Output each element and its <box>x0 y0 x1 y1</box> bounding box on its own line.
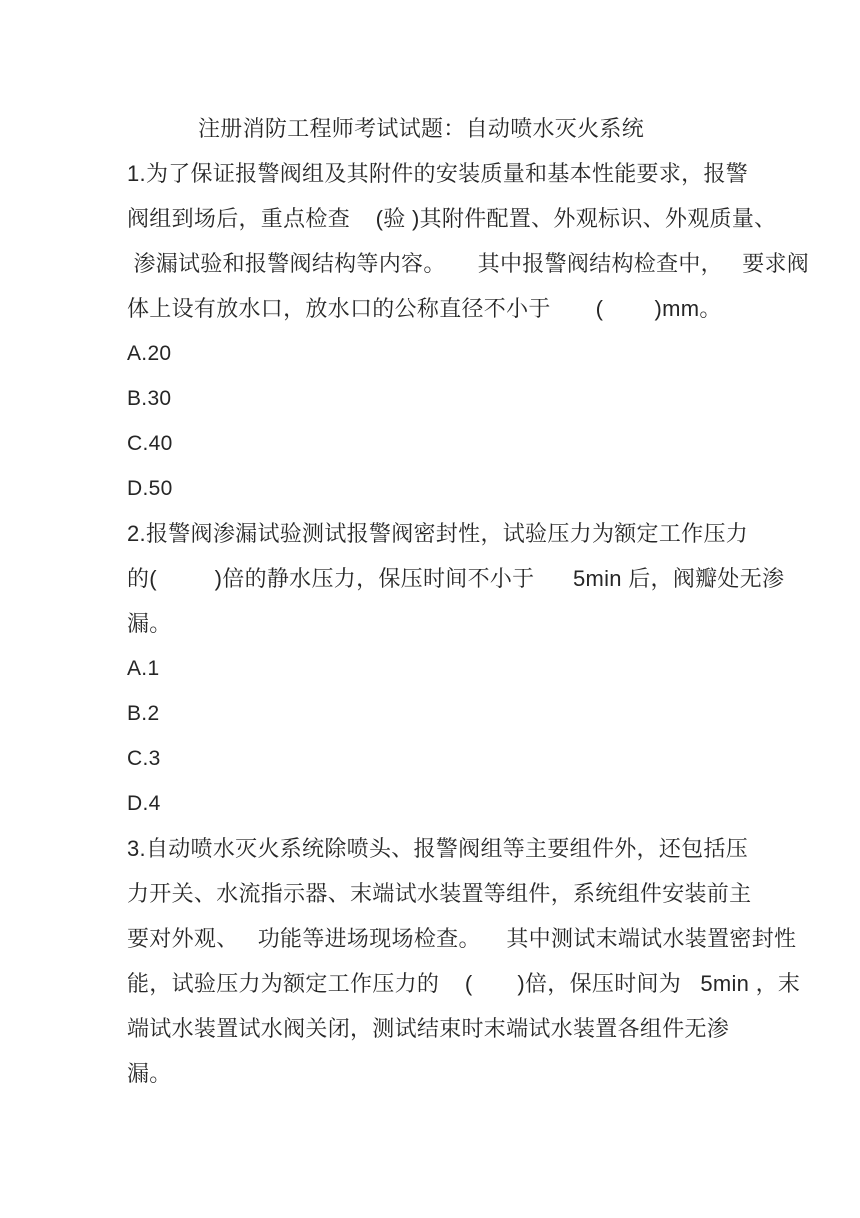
question-2-option-d: D.4 <box>127 781 787 826</box>
document-page: 注册消防工程师考试试题：自动喷水灭火系统 1.为了保证报警阀组及其附件的安装质量… <box>0 0 860 1218</box>
question-2-option-b: B.2 <box>127 691 787 736</box>
question-1-option-a: A.20 <box>127 331 787 376</box>
question-3-line: 3.自动喷水灭火系统除喷头、报警阀组等主要组件外，还包括压 <box>127 826 787 871</box>
question-1-option-b: B.30 <box>127 376 787 421</box>
question-2-line: 漏。 <box>127 601 787 646</box>
question-3-line: 要对外观、 功能等进场现场检查。 其中测试末端试水装置密封性 <box>127 916 787 961</box>
question-1-line: 阀组到场后，重点检查 (验 )其附件配置、外观标识、外观质量、 <box>127 196 787 241</box>
question-2-line: 的( )倍的静水压力，保压时间不小于 5min 后，阀瓣处无渗 <box>127 556 787 601</box>
question-3-line: 端试水装置试水阀关闭，测试结束时末端试水装置各组件无渗 <box>127 1006 787 1051</box>
question-1-line: 渗漏试验和报警阀结构等内容。 其中报警阀结构检查中， 要求阀 <box>127 241 787 286</box>
question-3-line: 能，试验压力为额定工作压力的 ( )倍，保压时间为 5min ，末 <box>127 961 787 1006</box>
question-3-line: 漏。 <box>127 1051 787 1096</box>
question-3-line: 力开关、水流指示器、末端试水装置等组件，系统组件安装前主 <box>127 871 787 916</box>
question-2-line: 2.报警阀渗漏试验测试报警阀密封性，试验压力为额定工作压力 <box>127 511 787 556</box>
question-2-option-a: A.1 <box>127 646 787 691</box>
question-1-line: 体上设有放水口，放水口的公称直径不小于 ( )mm。 <box>127 286 787 331</box>
document-title: 注册消防工程师考试试题：自动喷水灭火系统 <box>127 106 787 151</box>
question-1-line: 1.为了保证报警阀组及其附件的安装质量和基本性能要求，报警 <box>127 151 787 196</box>
question-1-option-c: C.40 <box>127 421 787 466</box>
question-2-option-c: C.3 <box>127 736 787 781</box>
question-1-option-d: D.50 <box>127 466 787 511</box>
document-content: 注册消防工程师考试试题：自动喷水灭火系统 1.为了保证报警阀组及其附件的安装质量… <box>127 106 787 1096</box>
